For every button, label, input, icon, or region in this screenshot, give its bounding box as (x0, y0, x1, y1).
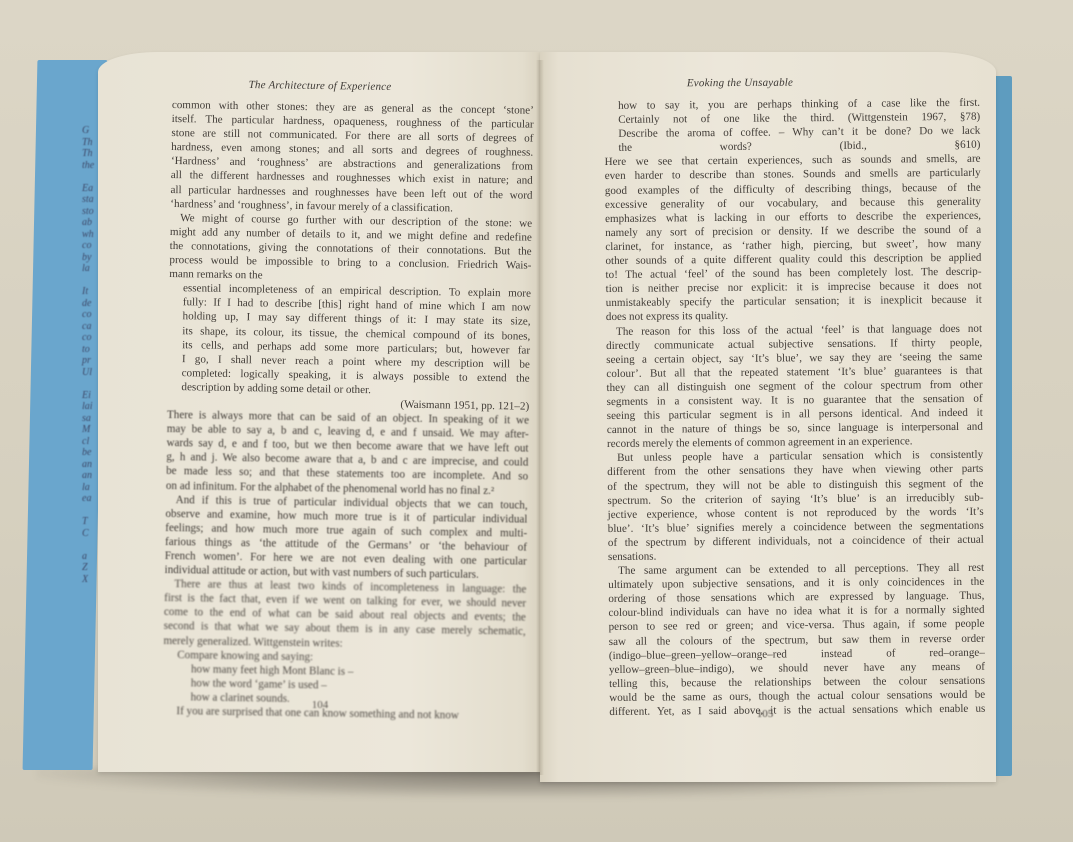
left-page-body-text: common with other stones: they are as ge… (162, 98, 534, 724)
left-page-number: 104 (300, 699, 340, 711)
book-gutter (536, 60, 544, 775)
right-running-head: Evoking the Unsayable (640, 76, 840, 89)
book-cover-right (994, 76, 1012, 776)
right-page-body-text: how to say it, you are perhaps thinking … (604, 96, 985, 719)
right-page-number: 105 (745, 708, 785, 720)
